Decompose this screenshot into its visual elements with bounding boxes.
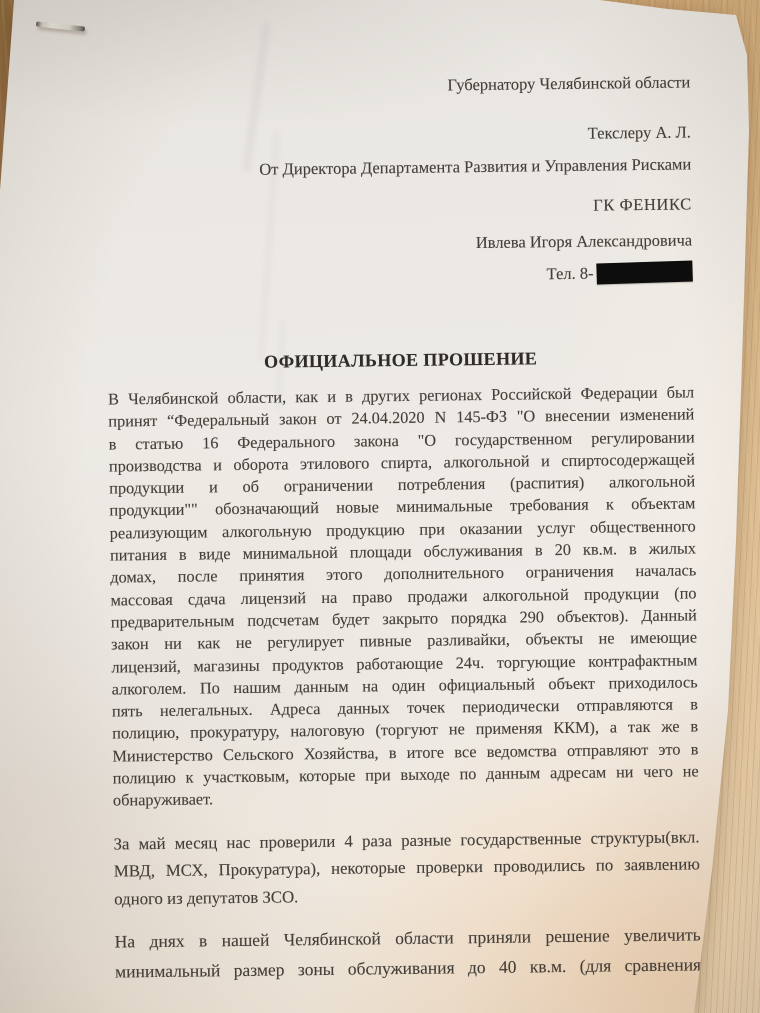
recipient-line-company: ГК ФЕНИКС: [106, 192, 692, 222]
phone-redaction-bar: [596, 260, 693, 284]
recipient-line-author: Ивлева Игоря Александровича: [106, 228, 692, 258]
staple: [36, 21, 85, 31]
recipient-block: Губернатору Челябинской области Текслеру…: [104, 70, 693, 290]
photo-scene: Губернатору Челябинской области Текслеру…: [0, 0, 760, 1013]
phone-line: Тел. 8-: [106, 260, 692, 290]
document-content: Губернатору Челябинской области Текслеру…: [104, 58, 701, 986]
phone-label: Тел. 8-: [546, 264, 593, 284]
document-paper: Губернатору Челябинской области Текслеру…: [0, 0, 760, 1013]
text-line: минимальный размер зоны обслуживания до …: [115, 949, 701, 986]
recipient-line: Губернатору Челябинской области: [104, 70, 690, 100]
body-paragraph: За май месяц нас проверили 4 раза разные…: [113, 823, 700, 913]
paper-shadow-wrap: Губернатору Челябинской области Текслеру…: [0, 0, 760, 1013]
recipient-line: От Директора Департамента Развития и Упр…: [105, 152, 691, 182]
document-title: ОФИЦИАЛЬНОЕ ПРОШЕНИЕ: [108, 345, 694, 375]
body-paragraph: На днях в нашей Челябинской области прин…: [115, 919, 702, 986]
body-paragraph: В Челябинской области, как и в других ре…: [108, 381, 699, 812]
recipient-line: Текслеру А. Л.: [105, 120, 691, 150]
